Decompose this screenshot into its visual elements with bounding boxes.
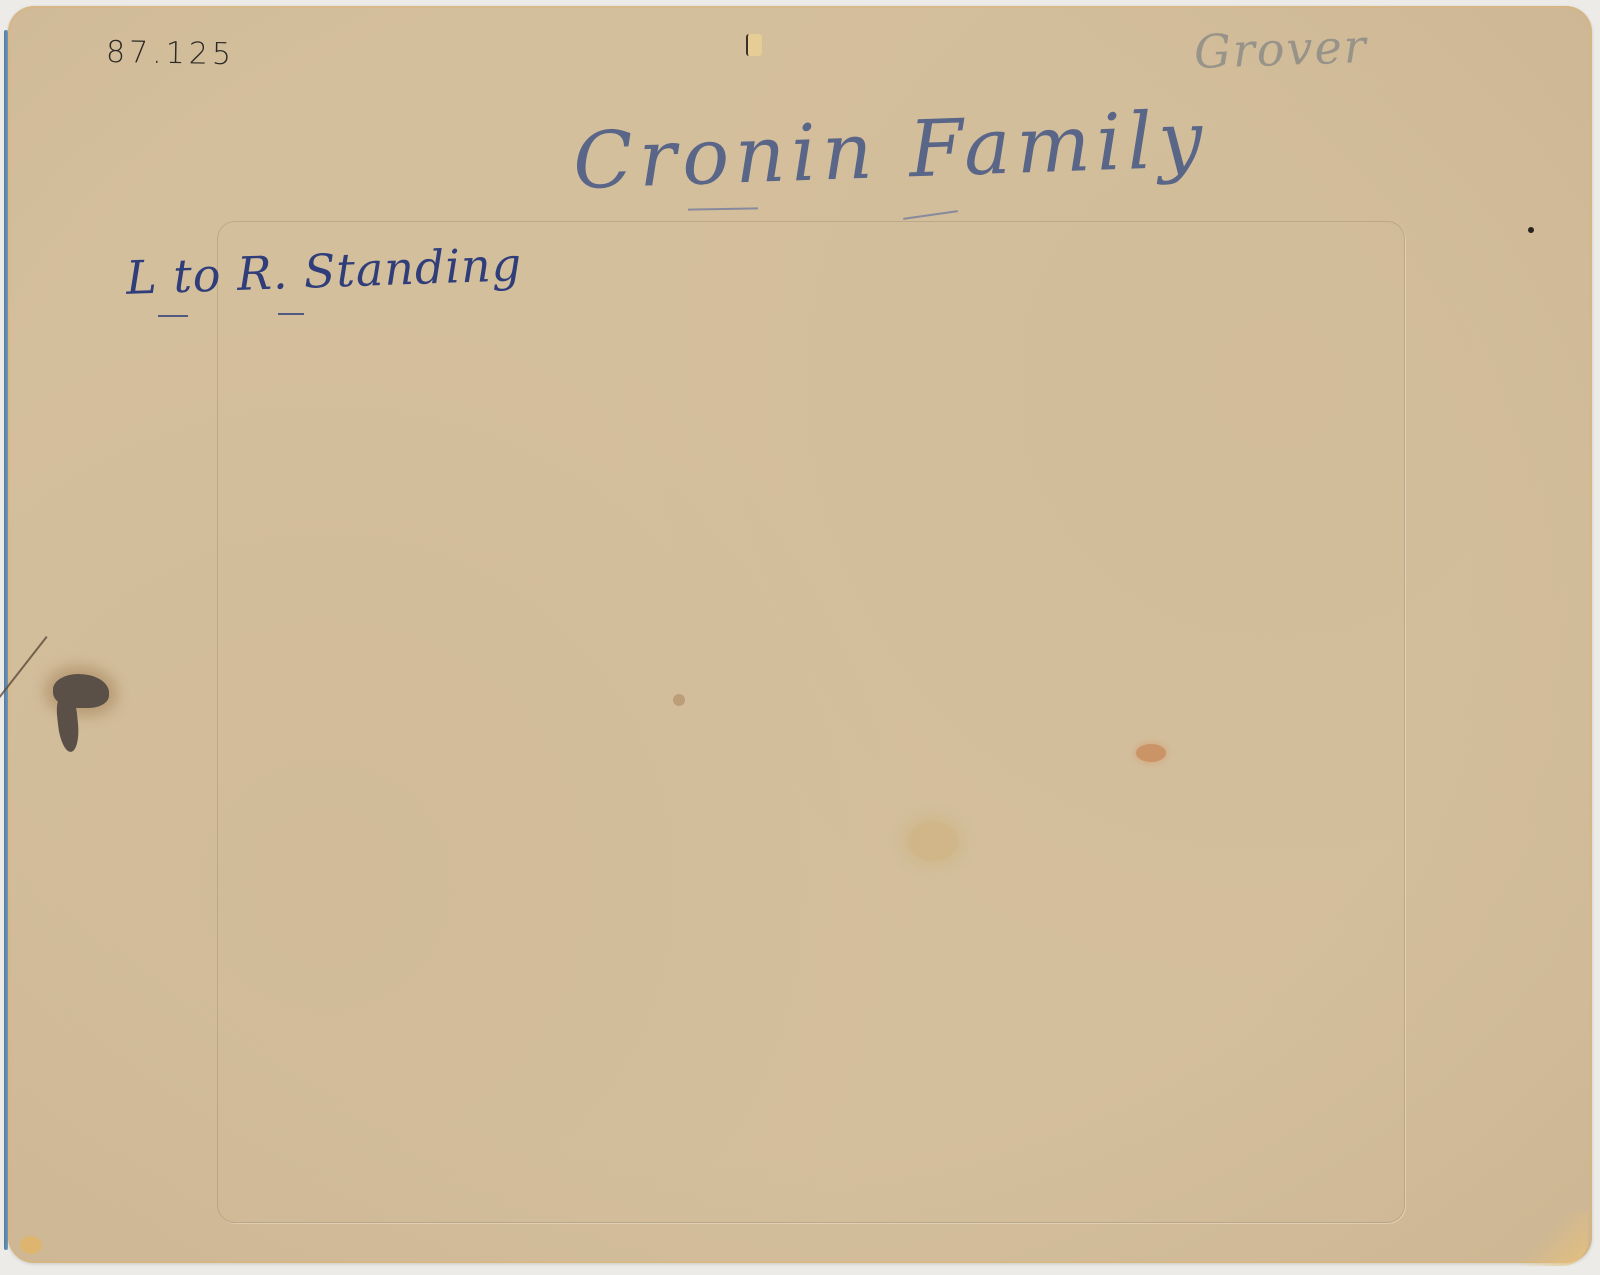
pencil-annotation: Grover <box>1193 19 1368 79</box>
small-stain <box>673 694 685 706</box>
handwritten-title: Cronin Family <box>572 95 1210 207</box>
caption-underline-mark <box>278 313 304 315</box>
scan-background: 87.125 Grover Cronin Family L to R. Stan… <box>0 0 1600 1275</box>
photo-mount-card: 87.125 Grover Cronin Family L to R. Stan… <box>8 6 1592 1263</box>
caption-underline-mark <box>158 315 188 317</box>
title-underline-mark <box>903 210 958 220</box>
orange-stain <box>1136 744 1166 762</box>
corner-wear <box>20 1236 42 1254</box>
embossed-frame-line <box>217 221 1405 1223</box>
title-underline-mark <box>688 207 758 210</box>
foxing-stain <box>908 821 958 861</box>
corner-wear <box>1518 1211 1588 1266</box>
catalog-number: 87.125 <box>106 35 236 72</box>
pin-hole <box>1528 227 1534 233</box>
paper-tear <box>746 34 762 56</box>
scratch-mark <box>0 636 48 716</box>
